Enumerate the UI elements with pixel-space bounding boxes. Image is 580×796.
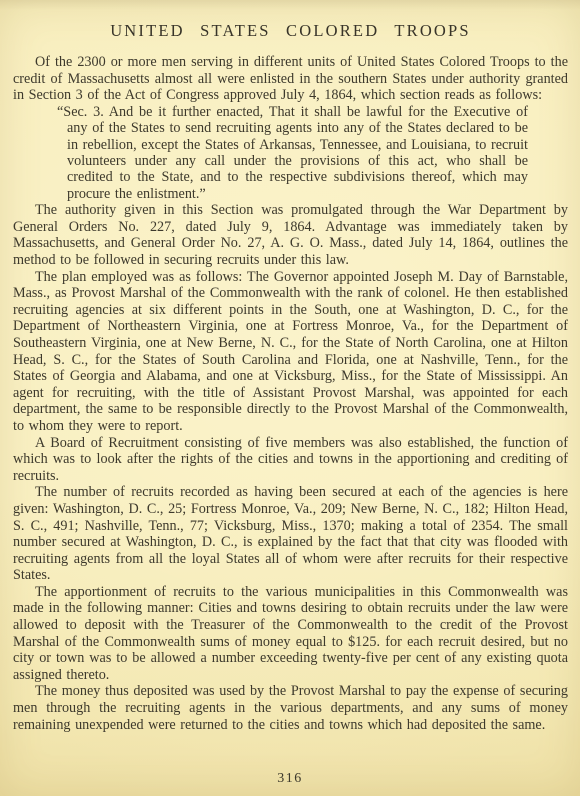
paragraph-board: A Board of Recruitment consisting of fiv…	[13, 435, 568, 485]
page-number: 316	[0, 771, 580, 787]
paragraph-plan: The plan employed was as follows: The Go…	[13, 269, 568, 435]
paragraph-money: The money thus deposited was used by the…	[13, 683, 568, 733]
scanned-book-page: UNITED STATES COLORED TROOPS Of the 2300…	[0, 0, 580, 796]
paragraph-recruit-numbers: The number of recruits recorded as havin…	[13, 484, 568, 584]
paragraph-authority: The authority given in this Section was …	[13, 202, 568, 268]
paragraph-intro: Of the 2300 or more men serving in diffe…	[13, 54, 568, 104]
paragraph-apportionment: The apportionment of recruits to the var…	[13, 584, 568, 684]
page-title: UNITED STATES COLORED TROOPS	[13, 21, 568, 41]
page-content: UNITED STATES COLORED TROOPS Of the 2300…	[0, 0, 580, 764]
blockquote-sec3: “Sec. 3. And be it further enacted, That…	[57, 104, 528, 202]
